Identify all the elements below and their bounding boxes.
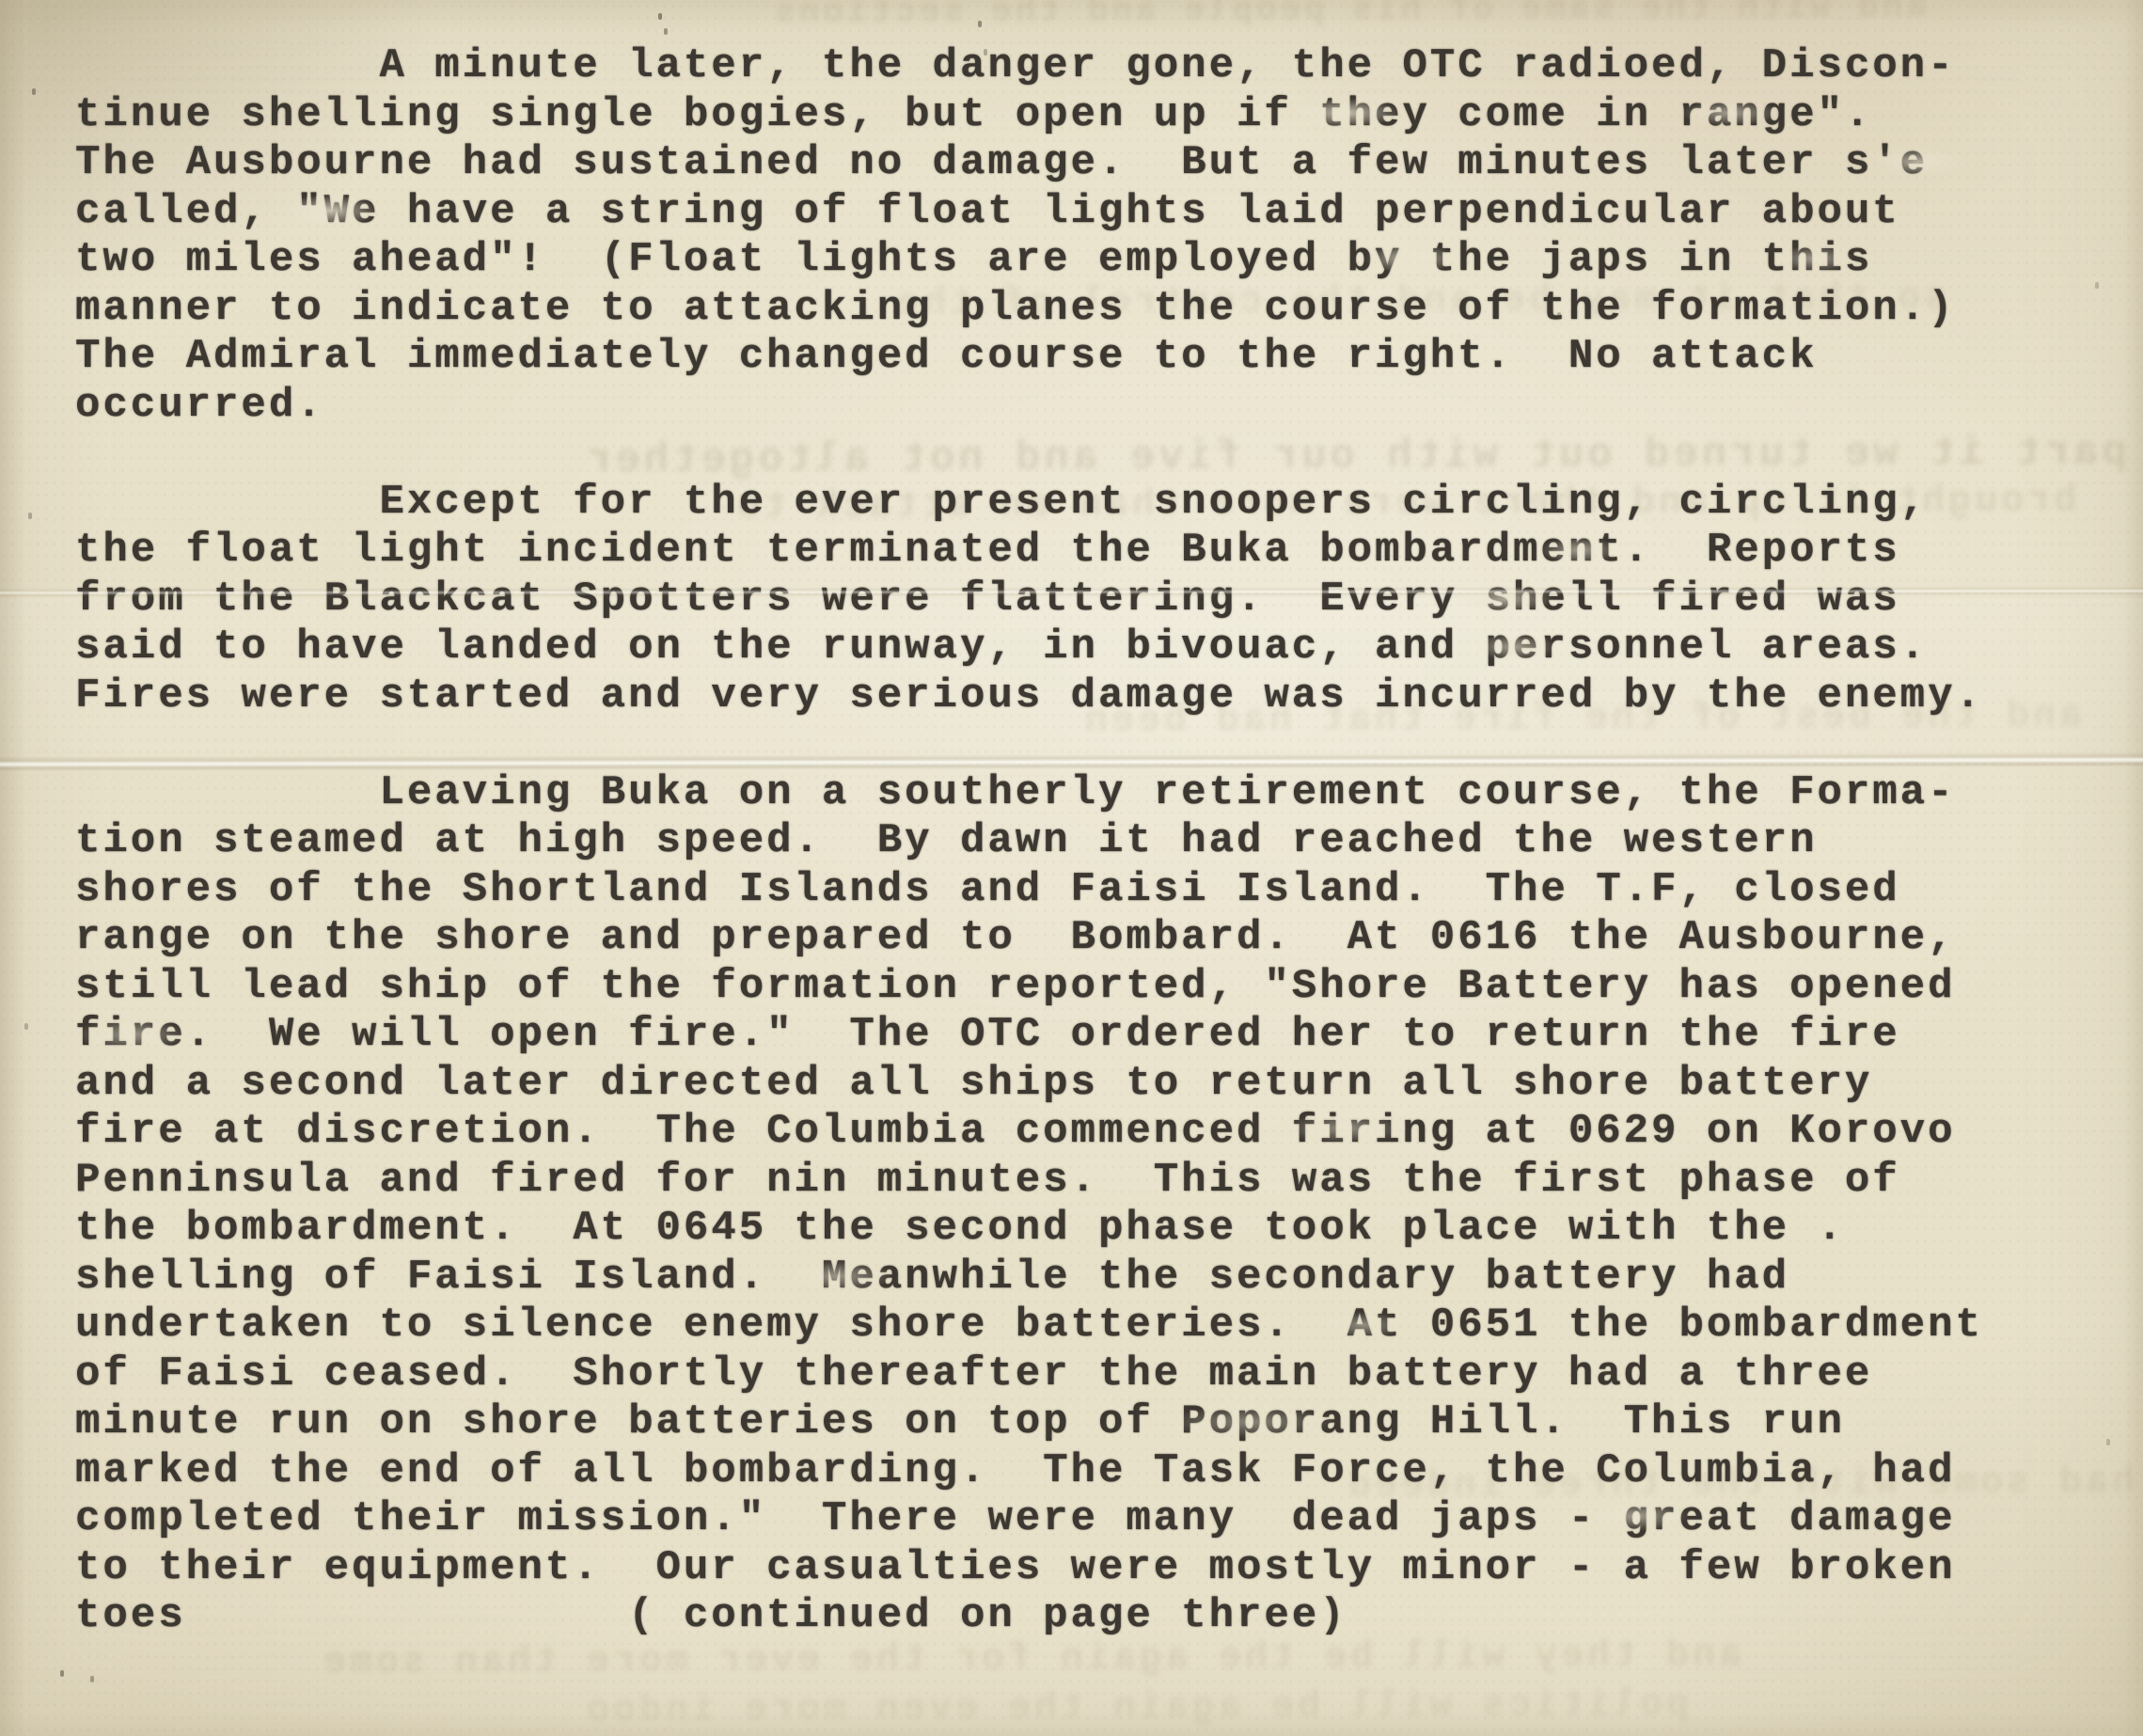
text-line: from the Blackcat Spotters were flatteri… <box>75 576 2115 624</box>
text-line: said to have landed on the runway, in bi… <box>75 623 2115 672</box>
text-line: shores of the Shortland Islands and Fais… <box>75 866 2115 915</box>
paragraph: Leaving Buka on a southerly retirement c… <box>75 769 2115 1641</box>
text-line: The Admiral immediately changed course t… <box>75 333 2115 382</box>
text-line: minute run on shore batteries on top of … <box>75 1398 2115 1447</box>
text-line: tinue shelling single bogies, but open u… <box>75 91 2115 140</box>
text-line: still lead ship of the formation reporte… <box>75 963 2115 1012</box>
text-line: shelling of Faisi Island. Meanwhile the … <box>75 1254 2115 1302</box>
bleedthrough-text: and with the same of his people and the … <box>771 0 1927 32</box>
text-line: range on the shore and prepared to Bomba… <box>75 914 2115 963</box>
text-line: two miles ahead"! (Float lights are empl… <box>75 236 2115 285</box>
paragraph: A minute later, the danger gone, the OTC… <box>75 42 2115 430</box>
typewritten-text: A minute later, the danger gone, the OTC… <box>75 42 2115 1641</box>
text-line: to their equipment. Our casualties were … <box>75 1544 2115 1593</box>
text-line: tion steamed at high speed. By dawn it h… <box>75 817 2115 866</box>
text-line: fire at discretion. The Columbia commenc… <box>75 1108 2115 1157</box>
paragraph: Except for the ever present snoopers cir… <box>75 479 2115 721</box>
bleedthrough-text: politics will be again the even more ind… <box>583 1684 1689 1732</box>
text-line: the bombardment. At 0645 the second phas… <box>75 1205 2115 1254</box>
document-page: and with the same of his people and the … <box>0 0 2143 1736</box>
text-line: manner to indicate to attacking planes t… <box>75 285 2115 334</box>
text-line: the float light incident terminated the … <box>75 527 2115 576</box>
text-line: marked the end of all bombarding. The Ta… <box>75 1447 2115 1496</box>
text-line: undertaken to silence enemy shore batter… <box>75 1302 2115 1350</box>
text-line: fire. We will open fire." The OTC ordere… <box>75 1011 2115 1060</box>
text-line: completed their mission." There were man… <box>75 1495 2115 1544</box>
text-line: Leaving Buka on a southerly retirement c… <box>75 769 2115 818</box>
text-line: and a second later directed all ships to… <box>75 1060 2115 1109</box>
text-line: A minute later, the danger gone, the OTC… <box>75 42 2115 91</box>
text-line: of Faisi ceased. Shortly thereafter the … <box>75 1350 2115 1399</box>
bleedthrough-text: and they will be the again for the ever … <box>320 1634 1741 1684</box>
text-line: Fires were started and very serious dama… <box>75 672 2115 721</box>
ink-speck-cluster <box>658 13 662 20</box>
text-line: toes ( continued on page three) <box>75 1592 2115 1641</box>
text-line: called, "We have a string of float light… <box>75 188 2115 237</box>
text-line: Penninsula and fired for nin minutes. Th… <box>75 1157 2115 1206</box>
text-line: The Ausbourne had sustained no damage. B… <box>75 139 2115 188</box>
text-line: occurred. <box>75 382 2115 431</box>
text-line: Except for the ever present snoopers cir… <box>75 479 2115 528</box>
